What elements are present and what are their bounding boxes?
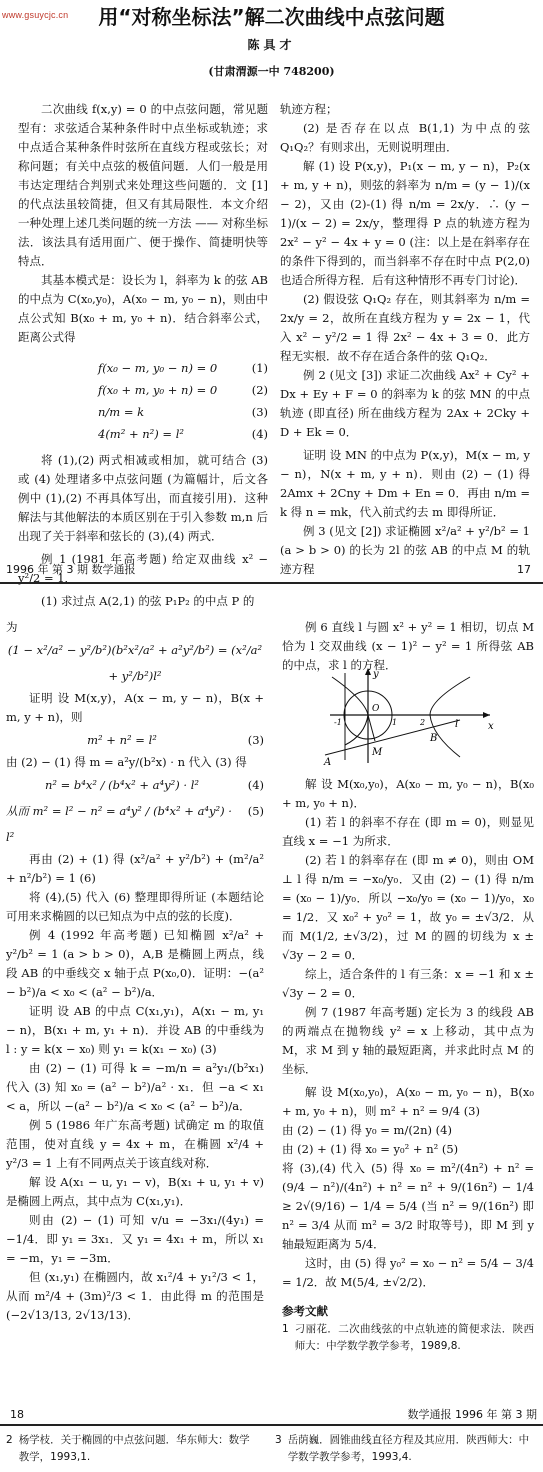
page-number-18: 18 [10,1405,24,1424]
example-2-proof: 证明 设 MN 的中点为 P(x,y)，M(x − m, y − n)，N(x … [280,446,530,522]
example-3-statement: 例 3 (见文 [2]) 求证椭圆 x²/a² + y²/b² = 1 (a >… [280,522,530,579]
origin-label: O [372,704,380,714]
page-separator-rule [0,582,543,584]
line-l-label: l [455,719,458,730]
p18-right-column-continued: 解 设 M(x₀,y₀)，A(x₀ − m, y₀ − n)，B(x₀ + m,… [282,775,534,1355]
example-7-equation-5: 由 (2) + (1) 得 x₀ = y₀² + n² (5) [282,1140,534,1159]
example-6-solution-c: (2) 若 l 的斜率存在 (即 m ≠ 0)，则由 OM ⊥ l 得 n/m … [282,851,534,965]
continuation-text: 为 [6,618,264,637]
model-paragraph: 其基本模式是：设长为 l，斜率为 k 的弦 AB 的中点为 C(x₀,y₀)，A… [18,271,268,347]
point-a-label: A [323,757,331,765]
journal-issue: 1996 年 第 3 期 数学通报 [6,560,135,579]
p18-left-column: 为 (1 − x²/a² − y²/b²)(b²x²/a² + a²y²/b²)… [6,618,264,1325]
reference-item: 1 刁丽花．二次曲线弦的中点轨迹的简便求法．陕西师大：中学数学教学参考，1989… [282,1321,534,1355]
point-b-label: B [429,733,437,744]
journal-issue: 数学通报 1996 年 第 3 期 [408,1405,537,1424]
example-5-solution-c: 但 (x₁,y₁) 在椭圆内，故 x₁²/4 + y₁²/3 < 1，从而 m²… [6,1268,264,1325]
example-1-question-1: (1) 求过点 A(2,1) 的弦 P₁P₂ 的中点 P 的 [18,592,268,611]
intro-paragraph: 二次曲线 f(x,y) = 0 的中点弦问题，常见题型有：求弦适合某种条件时中点… [18,100,268,271]
example-5-solution-a: 解 设 A(x₁ − u, y₁ − v)，B(x₁ + u, y₁ + v) … [6,1173,264,1211]
example-7-equation-4: 由 (2) − (1) 得 y₀ = m/(2n) (4) [282,1121,534,1140]
example-3-conclusion: 将 (4),(5) 代入 (6) 整理即得所证 (本题结论可用来求椭圆的以已知点… [6,888,264,926]
base-equations: f(x₀ − m, y₀ − n) = 0(1) f(x₀ + m, y₀ + … [18,357,268,445]
solution-1-part-2: (2) 假设弦 Q₁Q₂ 存在，则其斜率为 n/m = 2x/y = 2，故所在… [280,290,530,366]
continuation-text: 轨迹方程； [280,100,530,119]
reference-item: 3 岳荫巍．圆锥曲线直径方程及其应用．陕西师大：中学数学教学参考，1993,4. [275,1432,537,1466]
equation-6: 再由 (2) + (1) 得 (x²/a² + y²/b²) + (m²/a² … [6,850,264,888]
equation-1: f(x₀ − m, y₀ − n) = 0(1) [18,357,268,379]
affiliation: (甘肃渭源一中 748200) [0,62,543,81]
example-6-summary: 综上，适合条件的 l 有三条：x = −1 和 x ± √3y − 2 = 0． [282,965,534,1003]
reference-2-block: 2 杨学枝．关于椭圆的中点弦问题．华东师大：数学教学，1993,1. [6,1432,256,1466]
reference-item: 2 杨学枝．关于椭圆的中点弦问题．华东师大：数学教学，1993,1. [6,1432,256,1466]
example-5-solution-b: 则由 (2) − (1) 可知 v/u = −3x₁/(4y₁) = −1/4．… [6,1211,264,1268]
tick-2-label: 2 [419,718,425,727]
equation-2: f(x₀ + m, y₀ + n) = 0(2) [18,379,268,401]
example-4-statement: 例 4 (1992 年高考题) 已知椭圆 x²/a² + y²/b² = 1 (… [6,926,264,1002]
references-heading: 参考文献 [282,1302,534,1321]
example-6-solution-a: 解 设 M(x₀,y₀)，A(x₀ − m, y₀ − n)，B(x₀ + m,… [282,775,534,813]
p17-left-column: 二次曲线 f(x,y) = 0 的中点弦问题，常见题型有：求弦适合某种条件时中点… [18,100,268,611]
x-axis-label: x [488,721,494,732]
step-text: 由 (2) − (1) 得 m = a²y/(b²x) · n 代入 (3) 得 [6,753,264,772]
y-axis-label: y [372,669,379,680]
example-6-figure: y x O -1 1 2 l A B M [320,665,500,765]
page-number-17: 17 [517,560,531,579]
example-2-statement: 例 2 (见文 [3]) 求证二次曲线 Ax² + Cy² + Dx + Ey … [280,366,530,442]
reference-3-block: 3 岳荫巍．圆锥曲线直径方程及其应用．陕西师大：中学数学教学参考，1993,4. [275,1432,537,1466]
locus-equation: (1 − x²/a² − y²/b²)(b²x²/a² + a²y²/b²) =… [6,637,264,689]
tick-neg1-label: -1 [334,718,342,727]
example-7-solution-a: 解 设 M(x₀,y₀)，A(x₀ − m, y₀ − n)，B(x₀ + m,… [282,1083,534,1121]
example-1-question-2: (2) 是否存在以点 B(1,1) 为中点的弦 Q₁Q₂？有则求出，无则说明理由… [280,119,530,157]
tick-1-label: 1 [392,718,397,727]
example-5-statement: 例 5 (1986 年广东高考题) 试确定 m 的取值范围，使对直线 y = 4… [6,1116,264,1173]
page-title: 用“对称坐标法”解二次曲线中点弦问题 [0,2,543,32]
equation-5: 从而 m² = l² − n² = a⁴y² / (b⁴x² + a⁴y²) ·… [6,798,264,850]
equation-3: m² + n² = l²(3) [6,727,264,753]
example-7-solution-c: 这时，由 (5) 得 y₀² = x₀ − n² = 5/4 − 3/4 = 1… [282,1254,534,1292]
author: 陈具才 [0,36,543,55]
example-7-solution-b: 将 (3),(4) 代入 (5) 得 x₀ = m²/(4n²) + n² = … [282,1159,534,1254]
example-6-solution-b: (1) 若 l 的斜率不存在 (即 m = 0)，则显见直线 x = −1 为所… [282,813,534,851]
p17-right-column: 轨迹方程； (2) 是否存在以点 B(1,1) 为中点的弦 Q₁Q₂？有则求出，… [280,100,530,579]
point-m-label: M [371,747,383,758]
equation-3: n/m = k(3) [18,401,268,423]
solution-1-part-1: 解 (1) 设 P(x,y)，P₁(x − m, y − n)，P₂(x + m… [280,157,530,290]
after-equations-paragraph: 将 (1),(2) 两式相减或相加，就可结合 (3) 或 (4) 处理诸多中点弦… [18,451,268,546]
example-4-proof-continued: 由 (2) − (1) 可得 k = −m/n = a²y₁/(b²x₁) 代入… [6,1059,264,1116]
page-separator-rule [0,1424,543,1426]
example-7-statement: 例 7 (1987 年高考题) 定长为 3 的线段 AB 的两端点在抛物线 y²… [282,1003,534,1079]
example-4-proof: 证明 设 AB 的中点 C(x₁,y₁)，A(x₁ − m, y₁ − n)，B… [6,1002,264,1059]
example-3-proof: 证明 设 M(x,y)，A(x − m, y − n)，B(x + m, y +… [6,689,264,727]
equation-4: 4(m² + n²) = l²(4) [18,423,268,445]
equation-4: n² = b⁴x² / (b⁴x² + a⁴y²) · l²(4) [6,772,264,798]
